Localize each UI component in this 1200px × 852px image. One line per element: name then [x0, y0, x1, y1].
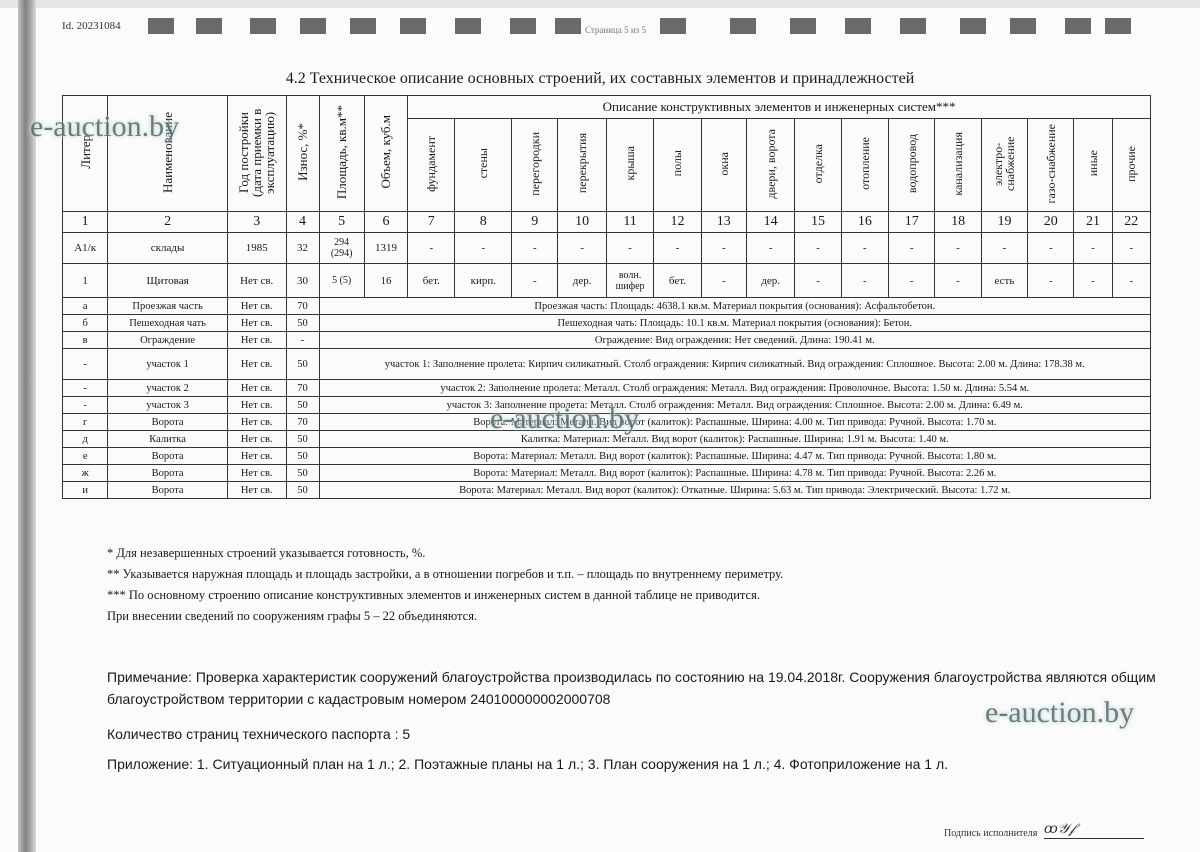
cell-element: - [795, 264, 841, 298]
column-number: 6 [364, 212, 407, 233]
table-header-row: Литер Наименование Год постройки (дата п… [63, 96, 1151, 119]
cell-element: - [1074, 233, 1112, 264]
column-number: 8 [455, 212, 512, 233]
cell-description: Проезжая часть: Площадь: 4638.1 кв.м. Ма… [319, 298, 1151, 315]
cell-name: Калитка [108, 431, 228, 448]
table-row: -участок 1Нет св.50участок 1: Заполнение… [63, 349, 1151, 380]
cell-element: - [512, 233, 558, 264]
cell-element: - [701, 264, 746, 298]
col-header-volume: Объем, куб.м [364, 96, 407, 212]
cell-liter: - [63, 349, 108, 380]
cell-year: 1985 [227, 233, 286, 264]
cell-element: - [795, 233, 841, 264]
cell-element: - [1112, 264, 1150, 298]
cell-name: участок 3 [108, 397, 228, 414]
cell-year: Нет св. [227, 397, 286, 414]
scan-noise [790, 18, 816, 34]
cell-liter: г [63, 414, 108, 431]
cell-element: - [889, 264, 935, 298]
column-number: 12 [654, 212, 701, 233]
cell-name: Пешеходная чать [108, 315, 228, 332]
scan-noise [1105, 18, 1131, 34]
cell-wear: 32 [286, 233, 319, 264]
cell-year: Нет св. [227, 264, 286, 298]
col-header-11: крыша [606, 119, 653, 212]
column-number: 3 [227, 212, 286, 233]
cell-wear: 50 [286, 465, 319, 482]
cell-liter: А1/к [63, 233, 108, 264]
column-numbers-row: 12345678910111213141516171819202122 [63, 212, 1151, 233]
section-title: 4.2 Техническое описание основных строен… [0, 70, 1200, 88]
scan-noise [1065, 18, 1091, 34]
cell-liter: б [63, 315, 108, 332]
cell-name: Ворота [108, 448, 228, 465]
cell-wear: 50 [286, 448, 319, 465]
scan-noise [730, 18, 756, 34]
cell-wear: 50 [286, 431, 319, 448]
col-header-area: Площадь, кв.м** [319, 96, 364, 212]
cell-element: - [1028, 233, 1074, 264]
footnote: * Для незавершенных строений указывается… [107, 543, 783, 564]
column-number: 1 [63, 212, 108, 233]
col-header-7: фундамент [408, 119, 455, 212]
table-row: 1ЩитоваяНет св.305 (5)16бет.кирп.-дер.во… [63, 264, 1151, 298]
cell-description: Ворота: Материал: Металл. Вид ворот (кал… [319, 482, 1151, 499]
footnote: *** По основному строению описание конст… [107, 585, 783, 606]
cell-liter: е [63, 448, 108, 465]
column-number: 19 [981, 212, 1027, 233]
col-header-18: канализация [935, 119, 981, 212]
scan-noise [455, 18, 481, 34]
cell-element: - [654, 233, 701, 264]
cell-year: Нет св. [227, 465, 286, 482]
footnote: При внесении сведений по сооружениям гра… [107, 606, 783, 627]
col-header-16: отопление [841, 119, 888, 212]
column-number: 21 [1074, 212, 1112, 233]
cell-element: - [746, 233, 794, 264]
cell-element: есть [981, 264, 1027, 298]
attachments-list: Приложение: 1. Ситуационный план на 1 л.… [107, 756, 948, 772]
cell-wear: 70 [286, 380, 319, 397]
scan-noise [350, 18, 376, 34]
col-header-14: двери, ворота [746, 119, 794, 212]
watermark: e-auction.by [490, 402, 639, 436]
cell-name: склады [108, 233, 228, 264]
cell-element: - [558, 233, 606, 264]
cell-year: Нет св. [227, 349, 286, 380]
table-row: аПроезжая частьНет св.70Проезжая часть: … [63, 298, 1151, 315]
cell-name: участок 1 [108, 349, 228, 380]
cell-element: - [889, 233, 935, 264]
col-header-12: полы [654, 119, 701, 212]
cell-description: Ворота: Материал: Металл. Вид ворот (кал… [319, 414, 1151, 431]
cell-liter: 1 [63, 264, 108, 298]
cell-element: - [1028, 264, 1074, 298]
watermark: e-auction.by [985, 696, 1134, 730]
pages-count: Количество страниц технического паспорта… [107, 726, 410, 742]
cell-wear: 70 [286, 414, 319, 431]
col-header-22: прочие [1112, 119, 1150, 212]
cell-element: - [841, 264, 888, 298]
cell-description: Пешеходная чать: Площадь: 10.1 кв.м. Мат… [319, 315, 1151, 332]
cell-description: Калитка: Материал: Металл. Вид ворот (ка… [319, 431, 1151, 448]
col-header-13: окна [701, 119, 746, 212]
cell-description: Ворота: Материал: Металл. Вид ворот (кал… [319, 448, 1151, 465]
cell-element: - [935, 264, 981, 298]
scan-noise [300, 18, 326, 34]
cell-description: участок 1: Заполнение пролета: Кирпич си… [319, 349, 1151, 380]
column-number: 20 [1028, 212, 1074, 233]
cell-element: дер. [746, 264, 794, 298]
scan-noise [555, 18, 581, 34]
cell-description: участок 3: Заполнение пролета: Металл. С… [319, 397, 1151, 414]
col-header-15: отделка [795, 119, 841, 212]
cell-name: Ворота [108, 482, 228, 499]
col-header-21: иные [1074, 119, 1112, 212]
cell-liter: - [63, 397, 108, 414]
column-number: 14 [746, 212, 794, 233]
cell-wear: 30 [286, 264, 319, 298]
col-header-19: электро-снабжение [981, 119, 1027, 212]
cell-element: дер. [558, 264, 606, 298]
column-number: 10 [558, 212, 606, 233]
scan-noise [660, 18, 686, 34]
table-row: жВоротаНет св.50Ворота: Материал: Металл… [63, 465, 1151, 482]
structures-table: Литер Наименование Год постройки (дата п… [62, 95, 1151, 499]
scan-noise [148, 18, 174, 34]
footnotes: * Для незавершенных строений указывается… [107, 543, 783, 627]
scan-noise [845, 18, 871, 34]
table-row: бПешеходная чатьНет св.50Пешеходная чать… [63, 315, 1151, 332]
col-header-9: перегородки [512, 119, 558, 212]
signature-mark: ꝏ𝒴𝒻 [1044, 821, 1144, 839]
column-number: 15 [795, 212, 841, 233]
table-row: -участок 2Нет св.70участок 2: Заполнение… [63, 380, 1151, 397]
cell-element: - [701, 233, 746, 264]
cell-wear: 50 [286, 397, 319, 414]
cell-name: Проезжая часть [108, 298, 228, 315]
cell-description: участок 2: Заполнение пролета: Металл. С… [319, 380, 1151, 397]
cell-liter: и [63, 482, 108, 499]
cell-element: - [408, 233, 455, 264]
column-number: 17 [889, 212, 935, 233]
cell-name: Ворота [108, 465, 228, 482]
cell-element: - [981, 233, 1027, 264]
scan-noise [510, 18, 536, 34]
column-number: 5 [319, 212, 364, 233]
cell-element: - [606, 233, 653, 264]
col-header-20: газо-снабжение [1028, 119, 1074, 212]
signature-block: Подпись исполнителя ꝏ𝒴𝒻 [944, 821, 1144, 839]
cell-volume: 16 [364, 264, 407, 298]
column-number: 7 [408, 212, 455, 233]
col-group-header: Описание конструктивных элементов и инже… [408, 96, 1151, 119]
table-row: А1/ксклады198532294(294)1319------------… [63, 233, 1151, 264]
cell-liter: ж [63, 465, 108, 482]
cell-element: - [1074, 264, 1112, 298]
signature-label: Подпись исполнителя [944, 828, 1037, 839]
area-value: 5 (5) [320, 275, 364, 286]
cell-name: Щитовая [108, 264, 228, 298]
cell-element: - [935, 233, 981, 264]
cell-area: 5 (5) [319, 264, 364, 298]
cell-wear: 50 [286, 349, 319, 380]
document-id: Id. 20231084 [62, 20, 121, 32]
cell-element: кирп. [455, 264, 512, 298]
cell-area: 294(294) [319, 233, 364, 264]
cell-description: Ограждение: Вид ограждения: Нет сведений… [319, 332, 1151, 349]
cell-wear: 70 [286, 298, 319, 315]
cell-element: - [512, 264, 558, 298]
column-number: 16 [841, 212, 888, 233]
cell-name: участок 2 [108, 380, 228, 397]
cell-element: бет. [654, 264, 701, 298]
col-header-17: водопровод [889, 119, 935, 212]
area-sub-value: (294) [320, 248, 364, 259]
scan-noise [250, 18, 276, 34]
table-row: иВоротаНет св.50Ворота: Материал: Металл… [63, 482, 1151, 499]
table-body: 12345678910111213141516171819202122 А1/к… [63, 212, 1151, 499]
cell-year: Нет св. [227, 431, 286, 448]
col-header-8: стены [455, 119, 512, 212]
cell-wear: 50 [286, 482, 319, 499]
cell-wear: - [286, 332, 319, 349]
page-number: Страница 5 из 5 [585, 25, 646, 35]
column-number: 13 [701, 212, 746, 233]
cell-liter: - [63, 380, 108, 397]
cell-element: - [455, 233, 512, 264]
cell-element: бет. [408, 264, 455, 298]
cell-year: Нет св. [227, 380, 286, 397]
cell-liter: в [63, 332, 108, 349]
cell-element: волн. шифер [606, 264, 653, 298]
col-header-wear: Износ, %* [286, 96, 319, 212]
watermark: e-auction.by [30, 110, 179, 144]
cell-liter: д [63, 431, 108, 448]
cell-year: Нет св. [227, 298, 286, 315]
scan-noise [400, 18, 426, 34]
cell-description: Ворота: Материал: Металл. Вид ворот (кал… [319, 465, 1151, 482]
cell-name: Ограждение [108, 332, 228, 349]
area-value: 294 [320, 237, 364, 248]
cell-year: Нет св. [227, 414, 286, 431]
column-number: 4 [286, 212, 319, 233]
cell-name: Ворота [108, 414, 228, 431]
cell-wear: 50 [286, 315, 319, 332]
column-number: 18 [935, 212, 981, 233]
column-number: 9 [512, 212, 558, 233]
cell-volume: 1319 [364, 233, 407, 264]
col-header-year: Год постройки (дата приемки в эксплуатац… [227, 96, 286, 212]
column-number: 22 [1112, 212, 1150, 233]
scan-top-edge [0, 0, 1200, 8]
table-row: еВоротаНет св.50Ворота: Материал: Металл… [63, 448, 1151, 465]
column-number: 2 [108, 212, 228, 233]
scan-noise [1010, 18, 1036, 34]
scan-noise [196, 18, 222, 34]
cell-year: Нет св. [227, 448, 286, 465]
cell-element: - [1112, 233, 1150, 264]
column-number: 11 [606, 212, 653, 233]
table-row: вОграждениеНет св.-Ограждение: Вид ограж… [63, 332, 1151, 349]
cell-year: Нет св. [227, 315, 286, 332]
scan-noise [960, 18, 986, 34]
cell-year: Нет св. [227, 332, 286, 349]
scan-noise [900, 18, 926, 34]
cell-year: Нет св. [227, 482, 286, 499]
col-header-10: перекрытия [558, 119, 606, 212]
cell-liter: а [63, 298, 108, 315]
footnote: ** Указывается наружная площадь и площад… [107, 564, 783, 585]
cell-element: - [841, 233, 888, 264]
